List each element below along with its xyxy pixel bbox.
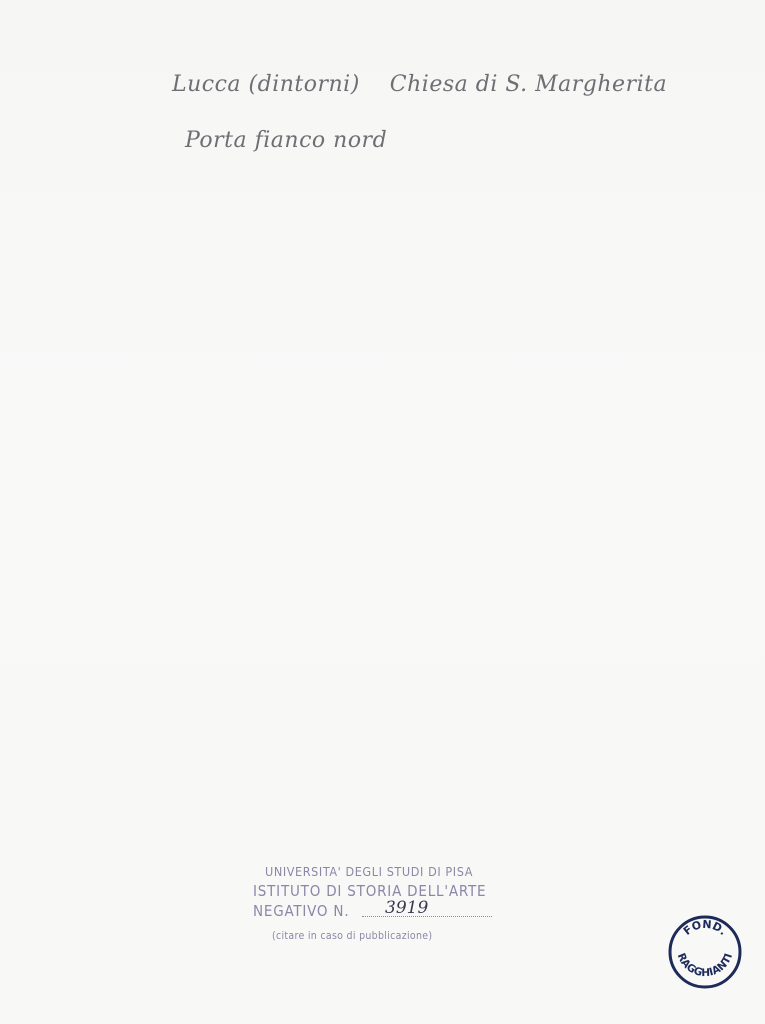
- stamp-university: UNIVERSITA' DEGLI STUDI DI PISA: [265, 864, 473, 879]
- handwritten-church: Chiesa di S. Margherita: [390, 72, 667, 97]
- handwritten-subject: Porta fianco nord: [185, 128, 387, 153]
- stamp-negative-label: NEGATIVO N.: [253, 902, 349, 920]
- stamp-citation-note: (citare in caso di pubblicazione): [272, 930, 432, 942]
- fond-ragghianti-seal-icon: FOND. RAGGHIANTI: [667, 914, 743, 990]
- seal-bottom-text: RAGGHIANTI: [675, 951, 735, 979]
- stamp-institute: ISTITUTO DI STORIA DELL'ARTE: [253, 882, 486, 900]
- photo-verso-page: Lucca (dintorni)Chiesa di S. Margherita …: [0, 0, 765, 1024]
- svg-text:RAGGHIANTI: RAGGHIANTI: [675, 951, 735, 979]
- negative-number: 3919: [385, 898, 428, 918]
- handwritten-place: Lucca (dintorni): [172, 72, 360, 97]
- handwritten-location-line: Lucca (dintorni)Chiesa di S. Margherita: [172, 72, 667, 97]
